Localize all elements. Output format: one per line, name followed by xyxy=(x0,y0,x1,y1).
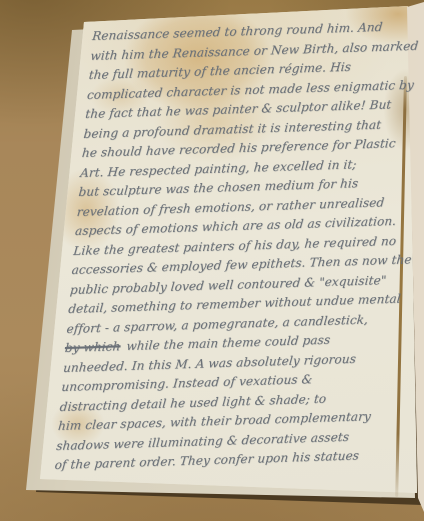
handwritten-text-block: Renaissance seemed to throng round him. … xyxy=(54,17,416,476)
struck-text: by which xyxy=(64,339,121,355)
line-text: while the main theme could pass xyxy=(126,333,331,353)
